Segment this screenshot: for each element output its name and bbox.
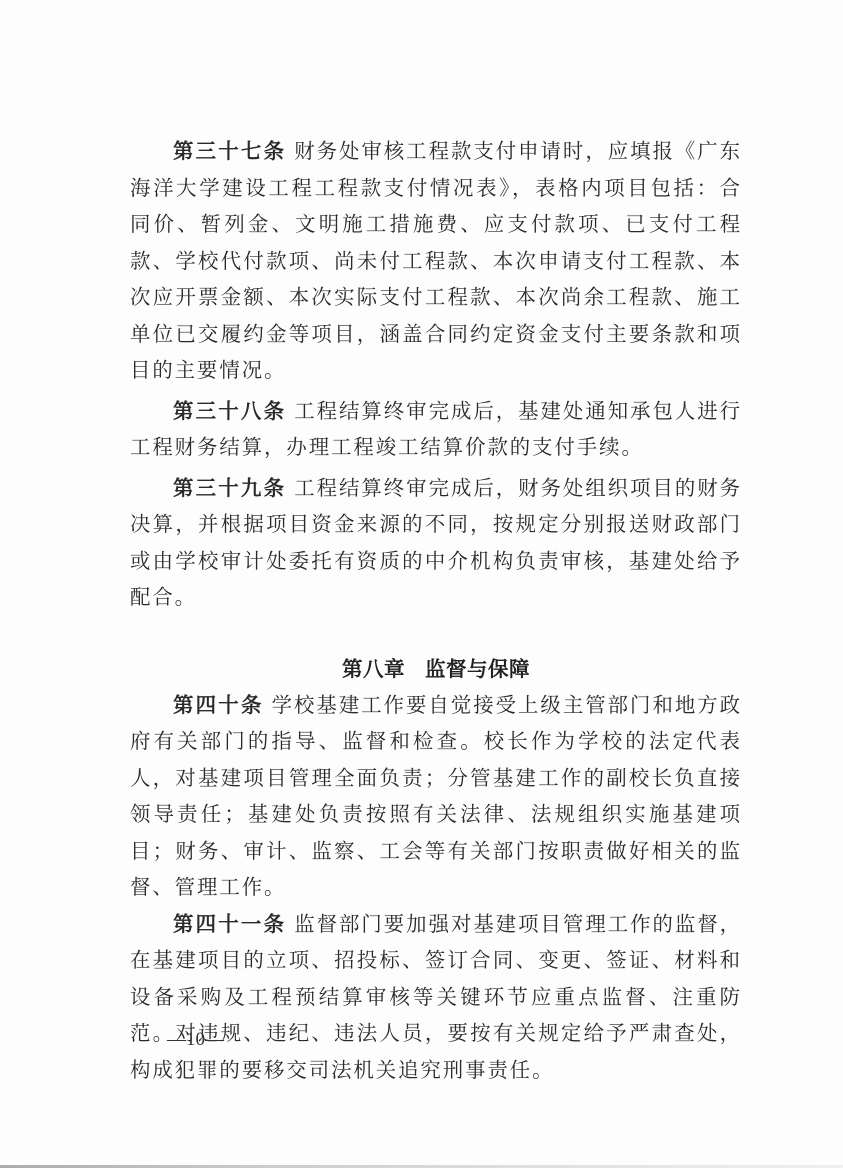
page-number: —10—	[167, 1029, 224, 1051]
article-text: 监督部门要加强对基建项目管理工作的监督，在基建项目的立项、招投标、签订合同、变更…	[130, 912, 742, 1082]
document-body: 第三十七条财务处审核工程款支付申请时，应填报《广东海洋大学建设工程工程款支付情况…	[130, 133, 742, 1088]
article-heading: 第四十条	[173, 693, 264, 717]
article-41: 第四十一条监督部门要加强对基建项目管理工作的监督，在基建项目的立项、招投标、签订…	[130, 906, 742, 1089]
article-39: 第三十九条工程结算终审完成后，财务处组织项目的财务决算，并根据项目资金来源的不同…	[130, 470, 742, 616]
article-text: 财务处审核工程款支付申请时，应填报《广东海洋大学建设工程工程款支付情况表》，表格…	[130, 139, 742, 382]
chapter-title: 监督与保障	[425, 657, 530, 681]
chapter-heading: 第八章监督与保障	[130, 651, 742, 687]
article-heading: 第四十一条	[173, 912, 286, 936]
article-text: 学校基建工作要自觉接受上级主管部门和地方政府有关部门的指导、监督和检查。校长作为…	[130, 693, 742, 900]
article-heading: 第三十八条	[173, 399, 286, 423]
article-40: 第四十条学校基建工作要自觉接受上级主管部门和地方政府有关部门的指导、监督和检查。…	[130, 687, 742, 906]
article-37: 第三十七条财务处审核工程款支付申请时，应填报《广东海洋大学建设工程工程款支付情况…	[130, 133, 742, 389]
article-heading: 第三十九条	[173, 476, 286, 500]
article-38: 第三十八条工程结算终审完成后，基建处通知承包人进行工程财务结算，办理工程竣工结算…	[130, 393, 742, 466]
document-page: 第三十七条财务处审核工程款支付申请时，应填报《广东海洋大学建设工程工程款支付情况…	[0, 0, 843, 1168]
chapter-number: 第八章	[342, 657, 405, 681]
article-heading: 第三十七条	[173, 139, 286, 163]
